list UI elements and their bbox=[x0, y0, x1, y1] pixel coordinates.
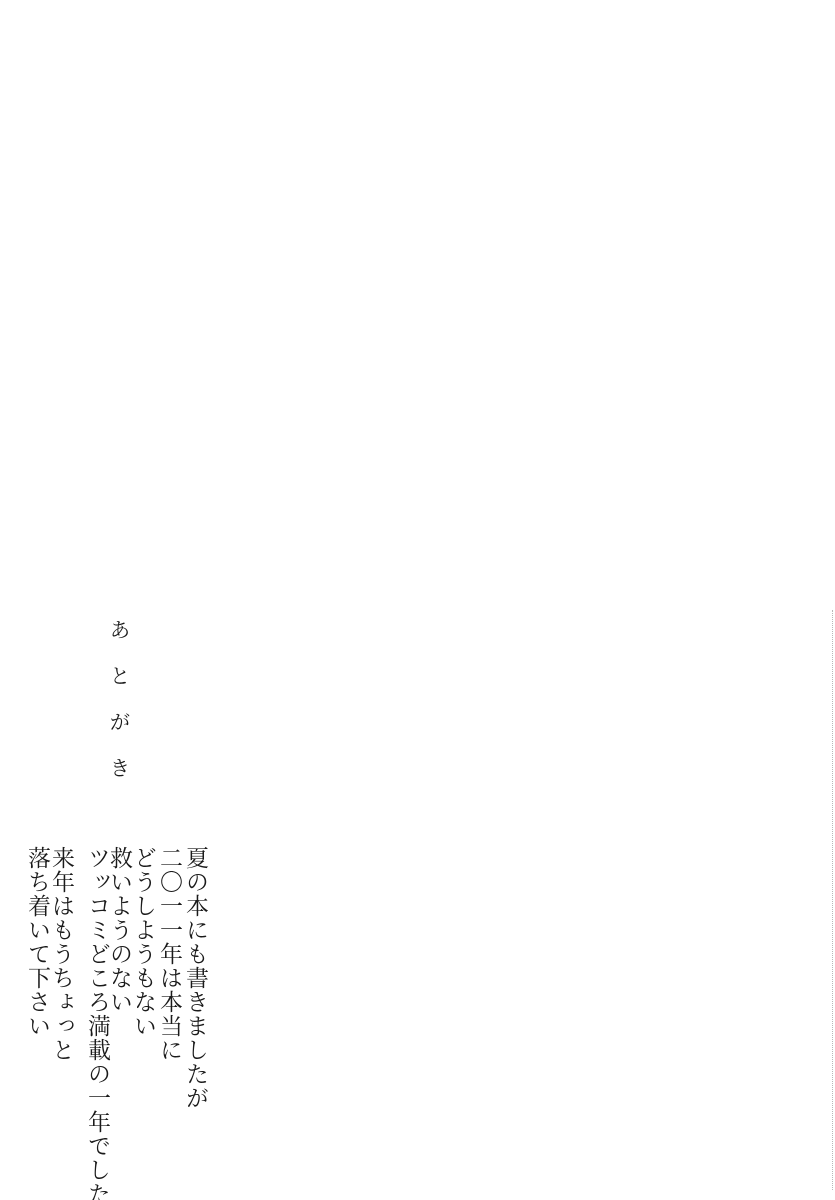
body-line-6: 来年はもうちょっと bbox=[48, 846, 74, 1062]
title-char: あ bbox=[108, 618, 132, 664]
title-char: が bbox=[108, 710, 132, 756]
page-edge-line bbox=[832, 610, 833, 1190]
body-line-1: 夏の本にも書きましたが bbox=[182, 846, 208, 1110]
title-char: き bbox=[108, 756, 132, 802]
body-line-2: 二〇一一年は本当に bbox=[156, 846, 182, 1062]
body-line-7: 落ち着いて下さい bbox=[24, 846, 50, 1038]
body-line-5: ツッコミどころ満載の一年でした bbox=[84, 846, 110, 1200]
afterword-page: あ と が き 夏の本にも書きましたが 二〇一一年は本当に どうしようもない 救… bbox=[0, 0, 835, 1200]
afterword-title: あ と が き bbox=[108, 618, 132, 802]
body-line-3: どうしようもない bbox=[130, 846, 156, 1038]
title-char: と bbox=[108, 664, 132, 710]
